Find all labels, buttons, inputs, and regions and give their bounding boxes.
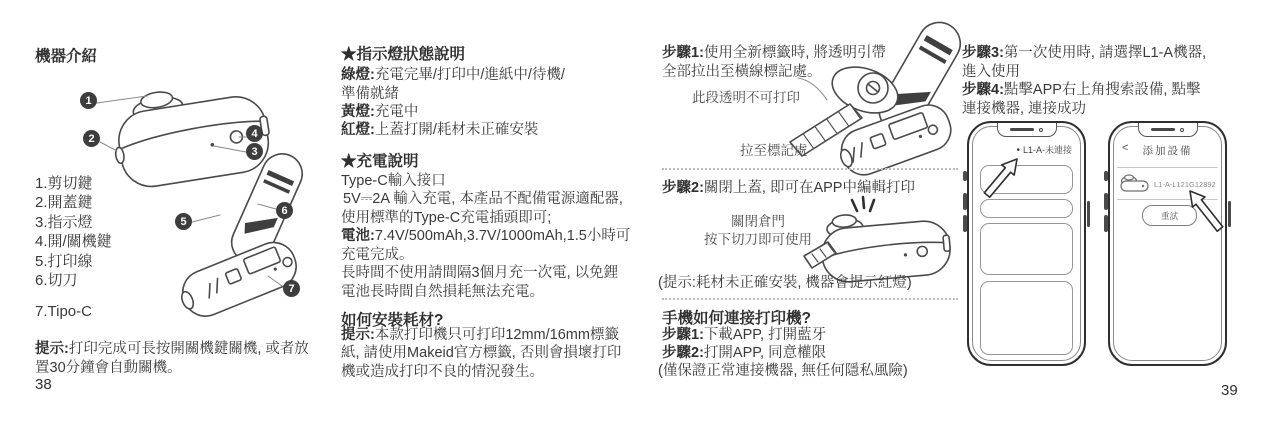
part-badge-5: 5 [175, 213, 192, 230]
line-text: 本款打印機只可打印12mm/16mm標籤 [375, 327, 619, 343]
text-line: 長時間不使用請間隔3個月充一次電, 以免鋰 [341, 264, 618, 282]
part-item: 1.剪切鍵 [35, 175, 93, 193]
part-badge-7: 7 [283, 280, 300, 297]
line-text: 電池長時間自然損耗無法充電。 [341, 284, 544, 300]
text-line: 綠燈:充電完畢/打印中/進紙中/待機/ [341, 66, 565, 84]
volume-up-button [963, 193, 967, 210]
line-label: 步驟1: [662, 327, 704, 343]
part-item: 4.開/關機鍵 [35, 233, 112, 251]
add-device-title: 添加設備 [1110, 143, 1225, 158]
line-text: (提示:耗材未正確安裝, 機器會提示紅燈) [658, 275, 912, 291]
text-line: 步驟1:下載APP, 打開藍牙 [662, 326, 826, 344]
text-line: 提示:本款打印機只可打印12mm/16mm標籤 [341, 326, 619, 344]
phone-notch [1138, 123, 1198, 137]
printer-open-diagram [170, 160, 325, 310]
column-machine-intro: 機器介紹 1 2 4 3 [35, 42, 327, 431]
phone-illustration-2: < 添加設備 L1-A-L121G12892 重試 [1108, 121, 1227, 366]
text-line: 電池:7.4V/500mAh,3.7V/1000mAh,1.5小時可 [341, 227, 630, 245]
phone-illustration-1: •L1-A-未連接 [967, 121, 1086, 366]
part-item: 3.指示燈 [35, 214, 93, 232]
line-text: 準備就緒 [341, 86, 399, 102]
section-title: 機器介紹 [35, 44, 97, 66]
text-line: 步驟2:打開APP, 同意權限 [662, 344, 826, 362]
callout-transparent-section: 此段透明不可打印 [692, 86, 800, 106]
line-text: Type-C輸入接口 [341, 173, 446, 189]
text-line: 進入使用 [962, 63, 1020, 81]
part-item: 6.切刀 [35, 272, 78, 290]
line-text: 紙, 請使用Makeid官方標籤, 否則會損壞打印 [341, 345, 621, 361]
line-text: 充電中 [375, 104, 419, 120]
page-number-39: 39 [1221, 382, 1238, 399]
line-label: 紅燈: [341, 122, 375, 138]
volume-down-button [963, 215, 967, 232]
callout-pull-to-mark: 拉至標記處 [740, 139, 808, 159]
line-label: 步驟3: [962, 45, 1004, 61]
status-text: L1-A-未連接 [1023, 145, 1072, 155]
printer-thumbnail-icon [1119, 172, 1151, 196]
line-text: 機或造成打印不良的情況發生。 [341, 364, 544, 380]
line-label: 步驟4: [962, 82, 1004, 98]
camera-icon [1039, 128, 1043, 132]
part-item: 5.打印線 [35, 253, 93, 271]
line-label: 步驟2: [662, 345, 704, 361]
step2-note: (提示:耗材未正確安裝, 機器會提示紅燈) [658, 274, 912, 292]
line-text: 上蓋打開/耗材未正確安裝 [375, 122, 539, 138]
part-item: 2.開蓋鍵 [35, 194, 93, 212]
phone-notch [997, 123, 1057, 137]
hint-text: 置30分鐘會自動關機。 [35, 360, 182, 376]
text-line: 步驟4:點擊APP右上角搜索設備, 點擊 [962, 81, 1200, 99]
line-text: 點擊APP右上角搜索設備, 點擊 [1004, 82, 1201, 98]
text-line: 充電完成。 [341, 246, 414, 264]
line-text: 打開APP, 同意權限 [704, 345, 826, 361]
text-line: 5V⎓2A 輸入充電, 本產品不配備電源適配器, [343, 190, 623, 208]
text-line: 步驟3:第一次使用時, 請選擇L1-A機器, [962, 44, 1206, 62]
line-text: 連接機器, 連接成功 [962, 101, 1086, 117]
text-line: 黃燈:充電中 [341, 103, 418, 121]
manual-spread: { "page38": { "page_number": "38", "intr… [0, 0, 1281, 431]
intro-hint-line: 置30分鐘會自動關機。 [35, 359, 182, 377]
text-line: 紅燈:上蓋打開/耗材未正確安裝 [341, 121, 538, 139]
column-steps: 步驟1:使用全新標籤時, 將透明引帶 全部拉出至橫線標記處。 [662, 42, 960, 431]
line-text: 充電完畢/打印中/進紙中/待機/ [375, 67, 565, 83]
line-text: 進入使用 [962, 64, 1020, 80]
app-card [980, 223, 1073, 275]
part-badge-6: 6 [276, 202, 293, 219]
section-title: ★充電說明 [341, 149, 419, 171]
line-label: 提示: [341, 327, 375, 343]
column-app-pairing: 步驟3:第一次使用時, 請選擇L1-A機器, 進入使用 步驟4:點擊APP右上角… [962, 42, 1247, 431]
text-line: 電池長時間自然損耗無法充電。 [341, 283, 544, 301]
speaker-icon [1010, 128, 1034, 132]
camera-icon [1180, 128, 1184, 132]
line-text: 使用標準的Type-C充電插頭即可; [341, 210, 551, 226]
callout-press-cutter: 按下切刀即可使用 [703, 228, 813, 248]
text-line: (僅保證正常連接機器, 無任何隱私風險) [658, 362, 908, 380]
line-label: 綠燈: [341, 67, 375, 83]
part-badge-1: 1 [80, 92, 97, 109]
part-badge-4: 4 [246, 125, 263, 142]
speaker-icon [1151, 128, 1175, 132]
section-title: 手機如何連接打印機? [662, 306, 811, 328]
app-card [980, 199, 1073, 218]
part-badge-3: 3 [246, 143, 263, 160]
text-line: 機或造成打印不良的情況發生。 [341, 363, 544, 381]
phone-screen [1113, 126, 1222, 361]
line-text: 充電完成。 [341, 247, 414, 263]
callout-close-door: 關閉倉門 [703, 210, 813, 230]
text-line: 使用標準的Type-C充電插頭即可; [341, 209, 551, 227]
line-label: 電池: [341, 228, 375, 244]
page-number-38: 38 [35, 376, 52, 393]
power-side-button [1087, 201, 1091, 227]
line-text: 第一次使用時, 請選擇L1-A機器, [1004, 45, 1206, 61]
pointer-arrow-icon [979, 151, 1025, 201]
hint-label: 提示: [35, 341, 69, 357]
line-label: 步驟2: [662, 180, 704, 196]
text-line: Type-C輸入接口 [341, 172, 446, 190]
volume-up-button [1104, 193, 1108, 210]
column-led-charging: ★指示燈狀態說明 綠燈:充電完畢/打印中/進紙中/待機/ 準備就緒 黃燈:充電中… [341, 42, 646, 431]
text-line: 連接機器, 連接成功 [962, 100, 1086, 118]
line-label: 黃燈: [341, 104, 375, 120]
power-side-button [1228, 201, 1232, 227]
line-text: 7.4V/500mAh,3.7V/1000mAh,1.5小時可 [375, 228, 631, 244]
line-text: (僅保證正常連接機器, 無任何隱私風險) [658, 363, 908, 379]
part-badge-2: 2 [83, 130, 100, 147]
text-line: 準備就緒 [341, 85, 399, 103]
part-item: 7.Tipo-C [35, 303, 92, 321]
dashed-divider [662, 298, 958, 300]
hint-text: 打印完成可長按開關機鍵關機, 或者放 [69, 341, 309, 357]
line-text: 下載APP, 打開藍牙 [704, 327, 826, 343]
volume-down-button [1104, 215, 1108, 232]
divider-line [1117, 167, 1218, 168]
intro-hint-line: 提示:打印完成可長按開關機鍵關機, 或者放 [35, 340, 309, 358]
mute-switch [963, 171, 967, 181]
dashed-divider [662, 168, 958, 170]
pointer-arrow-icon [1182, 185, 1228, 235]
line-text: 5V⎓2A 輸入充電, 本產品不配備電源適配器, [343, 191, 623, 207]
mute-switch [1104, 171, 1108, 181]
line-text: 長時間不使用請間隔3個月充一次電, 以免鋰 [341, 265, 618, 281]
app-card [980, 281, 1073, 355]
section-title: ★指示燈狀態說明 [341, 42, 465, 64]
text-line: 紙, 請使用Makeid官方標籤, 否則會損壞打印 [341, 344, 621, 362]
